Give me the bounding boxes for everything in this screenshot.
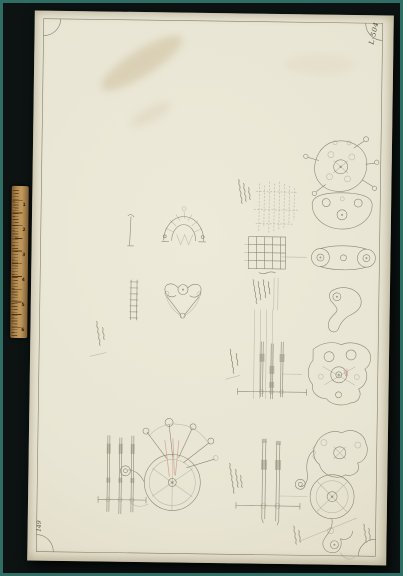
handwritten-label	[229, 463, 242, 493]
handwritten-label	[226, 349, 240, 379]
arched-bridge-figure	[162, 206, 207, 245]
handwritten-label	[363, 524, 370, 542]
drawing-sheet: L-504 149	[27, 11, 394, 566]
ruler-number: 3	[22, 253, 25, 258]
pencil-drawings	[27, 11, 394, 566]
ruler-number: 1	[23, 203, 26, 208]
handwritten-label	[90, 321, 106, 356]
wooden-ruler: 1 2 3 4 5 6	[10, 186, 29, 338]
ruler-number: 2	[22, 228, 25, 233]
grid-detail-figure	[244, 236, 286, 274]
handwritten-label	[293, 526, 300, 544]
red-ink-marks	[164, 438, 179, 476]
photo-of-technical-drawing: 1 2 3 4 5 6	[0, 0, 403, 576]
ruler-major-ticks	[11, 188, 23, 336]
notes-table	[251, 278, 278, 399]
rack-figure	[130, 280, 139, 320]
lever-side-view	[128, 215, 134, 246]
ruler-number: 5	[22, 303, 25, 308]
bottom-plate-figure	[312, 192, 373, 229]
ruler-minor-ticks	[11, 188, 19, 336]
balance-cock-figure	[164, 284, 201, 319]
link-plate-figure	[281, 245, 375, 270]
ruler-number: 4	[22, 278, 25, 283]
sectioned-assembly-sketch	[254, 182, 299, 235]
cam-hook-figure	[328, 287, 361, 332]
handwritten-label	[259, 272, 275, 274]
large-wheel-mechanism	[279, 430, 367, 560]
ruler-number: 6	[21, 328, 24, 333]
mechanism-figure	[281, 342, 370, 405]
sheet-border	[36, 19, 382, 557]
sheet-number: 149	[36, 520, 43, 532]
double-arbor-figure	[236, 438, 301, 525]
geared-mechanism-figure	[120, 418, 219, 511]
movement-plan-figure	[303, 136, 379, 197]
handwritten-label	[238, 179, 250, 203]
